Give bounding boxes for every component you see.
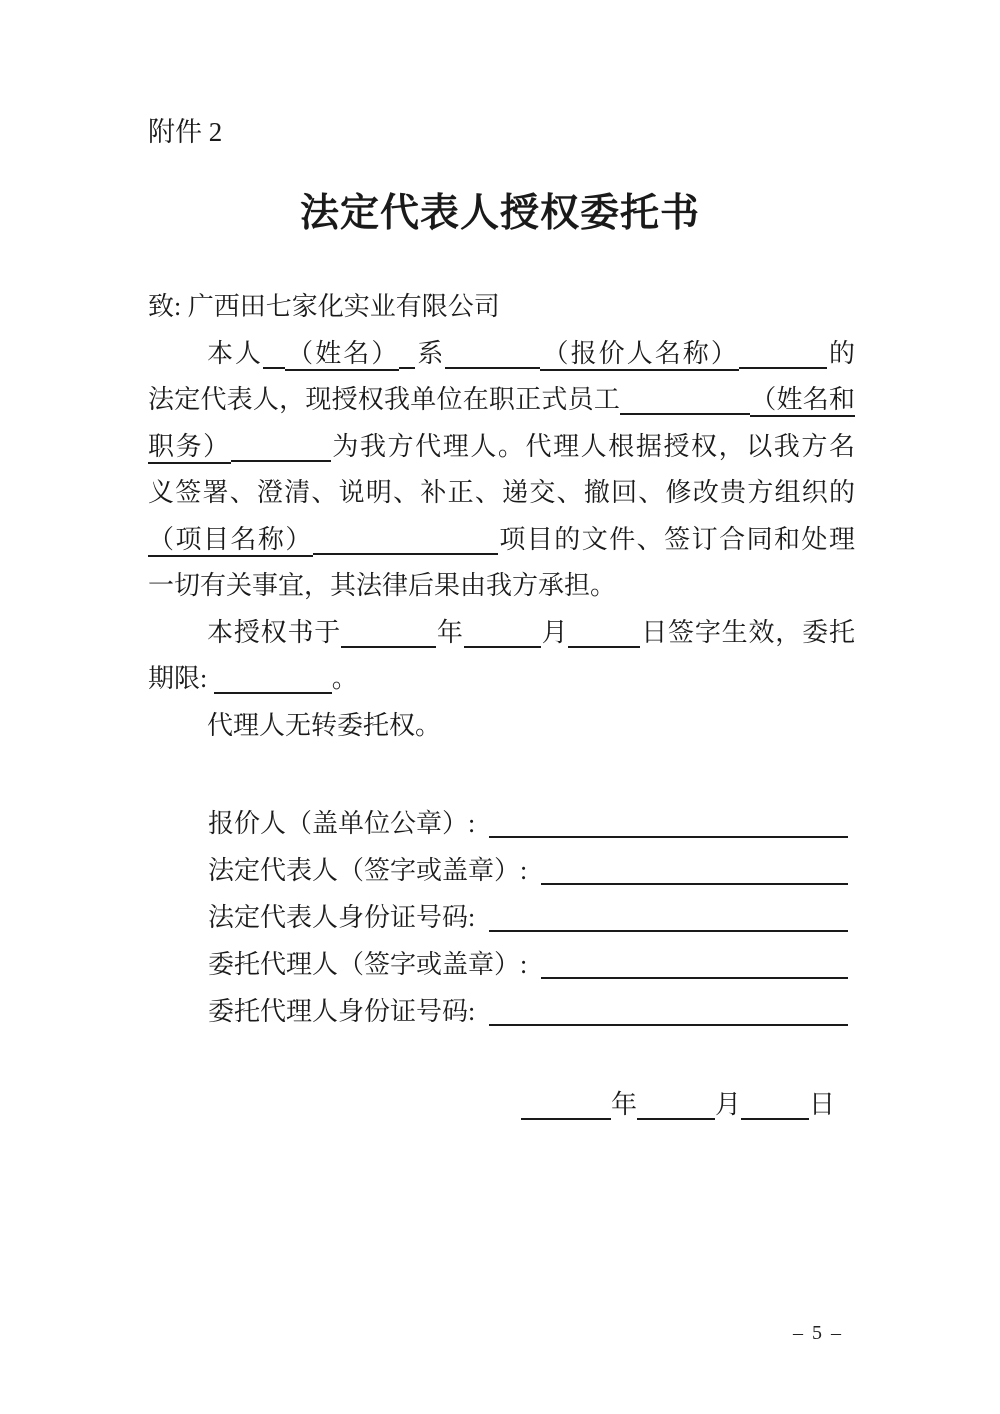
signature-underline [541,847,848,885]
text-segment: （项目名称） [148,525,313,557]
signature-row: 委托代理人（签字或盖章）: [208,941,848,988]
text-segment: 致: 广西田七家化实业有限公司 [148,292,500,321]
blank-field [741,1094,809,1120]
blank-field [263,343,285,369]
body-line: 致: 广西田七家化实业有限公司 [148,284,855,331]
body-line: 一切有关事宜，其法律后果由我方承担。 [148,563,855,610]
text-segment: 代理人无转委托权。 [207,711,441,740]
blank-field [231,436,331,462]
signature-row: 法定代表人身份证号码: [208,894,848,941]
signature-label: 报价人（盖单位公章）: [208,800,475,847]
text-segment: 法定代表人，现授权我单位在职正式员工 [148,385,620,414]
text-segment: 为我方代理人。代理人根据授权，以我方名 [331,432,855,461]
blank-field [620,389,750,415]
text-segment: 月 [541,618,569,647]
blank-field [521,1094,611,1120]
date-line: 年月日 [148,1081,835,1128]
blank-field [739,343,827,369]
text-segment: 日签字生效，委托 [640,618,855,647]
body-line: 期限: 。 [148,656,855,703]
signature-underline [489,800,848,838]
body-line: 本授权书于年月日签字生效，委托 [148,610,855,657]
text-segment: 本授权书于 [207,618,341,647]
blank-field [445,343,540,369]
text-segment: 日 [809,1090,835,1119]
signature-label: 委托代理人（签字或盖章）: [208,941,527,988]
signature-label: 委托代理人身份证号码: [208,988,475,1035]
signature-row: 报价人（盖单位公章）: [208,800,848,847]
signature-underline [489,988,848,1026]
body-line: 法定代表人，现授权我单位在职正式员工（姓名和 [148,377,855,424]
text-segment: （报价人名称） [540,339,738,371]
text-segment: 一切有关事宜，其法律后果由我方承担。 [148,571,616,600]
document-body: 致: 广西田七家化实业有限公司本人（姓名）系（报价人名称）的法定代表人，现授权我… [148,284,855,749]
text-segment: 月 [715,1090,741,1119]
signature-block: 报价人（盖单位公章）:法定代表人（签字或盖章）:法定代表人身份证号码:委托代理人… [208,800,848,1035]
blank-field [637,1094,715,1120]
body-line: 职务）为我方代理人。代理人根据授权，以我方名 [148,424,855,471]
text-segment: 职务） [148,432,231,464]
blank-field [341,622,436,648]
blank-field [214,668,332,694]
body-line: 代理人无转委托权。 [148,703,855,750]
text-segment: 年 [611,1090,637,1119]
text-segment: 。 [332,664,358,693]
text-segment: 本人 [207,339,263,368]
signature-underline [541,941,848,979]
body-line: 义签署、澄清、说明、补正、递交、撤回、修改贵方组织的 [148,470,855,517]
blank-field [313,529,498,555]
text-segment: 系 [415,339,445,368]
text-segment: （姓名） [285,339,399,371]
blank-field [464,622,541,648]
text-segment: 的 [827,339,855,368]
page-number: – 5 – [760,1322,876,1345]
signature-label: 法定代表人（签字或盖章）: [208,847,527,894]
text-segment: （姓名和 [750,385,855,417]
document-title: 法定代表人授权委托书 [0,182,1000,238]
blank-field [399,343,415,369]
text-segment: 期限: [148,664,214,693]
text-segment: 年 [436,618,464,647]
signature-row: 委托代理人身份证号码: [208,988,848,1035]
signature-underline [489,894,848,932]
body-line: 本人（姓名）系（报价人名称）的 [148,331,855,378]
signature-row: 法定代表人（签字或盖章）: [208,847,848,894]
text-segment: 项目的文件、签订合同和处理 [498,525,855,554]
body-line: （项目名称）项目的文件、签订合同和处理 [148,517,855,564]
blank-field [568,622,640,648]
signature-label: 法定代表人身份证号码: [208,894,475,941]
attachment-label: 附件 2 [148,114,222,150]
text-segment: 义签署、澄清、说明、补正、递交、撤回、修改贵方组织的 [148,478,855,507]
document-page: 附件 2 法定代表人授权委托书 致: 广西田七家化实业有限公司本人（姓名）系（报… [0,0,1000,1414]
